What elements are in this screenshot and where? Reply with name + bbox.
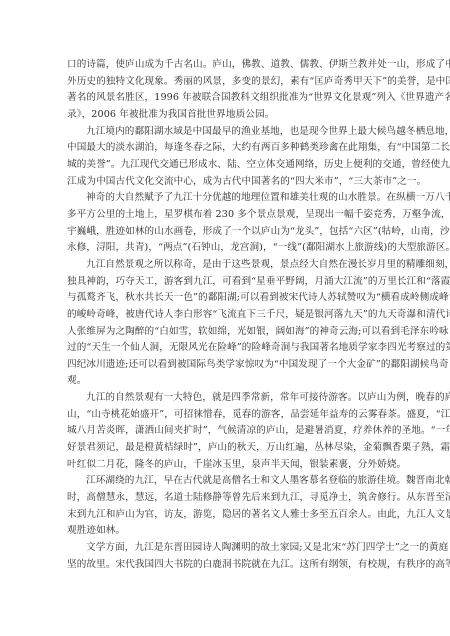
text-line: 江环湖绕的九江，早在古代就是高僧名士和文人墨客慕名登临的旅游佳境。魏晋南北朝 xyxy=(67,473,385,490)
text-line: 山，“山寺桃花始盛开”，可招徕惜春，觅春的游客，品尝延年益寿的云雾春茶。盛夏，“… xyxy=(67,407,385,424)
paragraph: 九江自然景观之所以称奇，是由于这些景观，景点经大自然在漫长岁月里的精雕细刻，独具… xyxy=(67,257,385,390)
text-line: 著名的风景名胜区，1996 年被联合国教科文组织批准为“世界文化景观”列入《世界… xyxy=(67,90,385,107)
text-line: 人张维屏为之陶醉的“白如雪，软如绵，光如银，阔如海”的神奇云海;可以看到毛泽东吟… xyxy=(67,324,385,341)
paragraph: 九江的自然景观有一大特色，就是四季常新，常年可接待游客。以庐山为例，晚春的庐山，… xyxy=(67,390,385,473)
text-line: 永修，浔阳，共青)，“两点”(石钟山，龙宫洞)，“一线”(鄱阳湖水上旅游线)的大… xyxy=(67,240,385,257)
text-line: 宇巍峨，胜迹如林的山水画卷，形成了一个以庐山为“龙头”，包括“六区”(牯岭，山南… xyxy=(67,224,385,241)
paragraph: 神奇的大自然赋予了九江十分优越的地理位置和雄美壮观的山水胜景。在纵横一万八千多平… xyxy=(67,190,385,257)
text-line: 文学方面，九江是东晋田园诗人陶渊明的故土家园;又是北宋“苏门四学士”之一的黄庭 xyxy=(67,540,385,557)
text-line: 末到九江和庐山为官，访友，游览，隐居的著名文人雅士多至五百余人。由此，九江人文景 xyxy=(67,507,385,524)
text-line: 神奇的大自然赋予了九江十分优越的地理位置和雄美壮观的山水胜景。在纵横一万八千 xyxy=(67,190,385,207)
text-line: 叶红似二月花，隆冬的庐山，千崖冰玉里，泉声半天闻，银装素裹，分外娇娆。 xyxy=(67,457,385,474)
text-line: 九江自然景观之所以称奇，是由于这些景观，景点经大自然在漫长岁月里的精雕细刻， xyxy=(67,257,385,274)
text-line: 与孤鹜齐飞，秋水共长天一色”的鄱阳湖;可以看到被宋代诗人苏轼赞叹为“横看成岭侧成… xyxy=(67,290,385,307)
text-line: 九江的自然景观有一大特色，就是四季常新，常年可接待游客。以庐山为例，晚春的庐 xyxy=(67,390,385,407)
text-line: 四纪冰川遗迹;还可以看到被国际鸟类学家惊叹为“中国发现了一个大金矿”的鄱阳湖候鸟… xyxy=(67,357,385,374)
text-line: 录》，2006 年被批准为我国首批世界地质公园。 xyxy=(67,107,385,124)
text-line: 独具神韵，巧夺天工，游客到九江，可看到“星垂平野阔，月涌大江流”的万里长江和“落… xyxy=(67,274,385,291)
paragraph: 九江境内的鄱阳湖水域是中国最早的渔业基地，也是现今世界上最大候鸟越冬栖息地，中国… xyxy=(67,124,385,191)
paragraph: 口的诗篇，使庐山成为千古名山。庐山，佛教、道教、儒教、伊斯兰教并处一山，形成了中… xyxy=(67,57,385,124)
text-line: 观胜迹如林。 xyxy=(67,523,385,540)
text-line: 江成为中国古代文化交流中心，成为古代中国著名的“四大米市”，“三大茶市”之一。 xyxy=(67,174,385,191)
text-line: 观。 xyxy=(67,373,385,390)
text-line: 过的“天生一个仙人洞，无限风光在险峰”的险峰奇洞与我国著名地质学家李四光考察过的… xyxy=(67,340,385,357)
text-line: 的峻岭奇峰，被唐代诗人李白形容“飞流直下三千尺，疑是银河落九天”的九天奇瀑和清代… xyxy=(67,307,385,324)
paragraph: 文学方面，九江是东晋田园诗人陶渊明的故土家园;又是北宋“苏门四学士”之一的黄庭坚… xyxy=(67,540,385,573)
text-line: 城的美誉”。九江现代交通已形成水、陆、空立体交通网络，历史上便利的交通，曾经使九 xyxy=(67,157,385,174)
text-line: 口的诗篇，使庐山成为千古名山。庐山，佛教、道教、儒教、伊斯兰教并处一山，形成了中 xyxy=(67,57,385,74)
document-page: 口的诗篇，使庐山成为千古名山。庐山，佛教、道教、儒教、伊斯兰教并处一山，形成了中… xyxy=(67,57,385,573)
text-line: 中国最大的淡水湖泊，每逢冬春之际，大约有两百多种鹤类珍禽在此翔集，有“中国第二长 xyxy=(67,140,385,157)
text-line: 坚的故里。宋代我国四大书院的白鹿洞书院就在九江。这所有纲领，有校规，有秩序的高等 xyxy=(67,557,385,574)
text-line: 城八月苦炎晖，潇洒山间夹扩时”，气候清凉的庐山，是避暑消夏，疗养休养的圣地。“一… xyxy=(67,423,385,440)
text-line: 时，高僧慧永，慧远，名道士陆修静等曾先后来到九江，寻觅净土，筑舍修行。从东晋至清 xyxy=(67,490,385,507)
text-line: 好景君须记，最是橙黄桔绿时”，庐山的秋天，万山红遍，丛林尽染，金菊飘香栗子熟，霜 xyxy=(67,440,385,457)
text-line: 多平方公里的土地上，星罗棋布着 230 多个景点景观，呈现出一幅千姿竞秀，万壑争… xyxy=(67,207,385,224)
text-line: 九江境内的鄱阳湖水域是中国最早的渔业基地，也是现今世界上最大候鸟越冬栖息地， xyxy=(67,124,385,141)
text-line: 外历史的独特文化现象。秀丽的风景，多变的景幻，素有“匡庐奇秀甲天下”的美誉，是中… xyxy=(67,74,385,91)
paragraph: 江环湖绕的九江，早在古代就是高僧名士和文人墨客慕名登临的旅游佳境。魏晋南北朝时，… xyxy=(67,473,385,540)
